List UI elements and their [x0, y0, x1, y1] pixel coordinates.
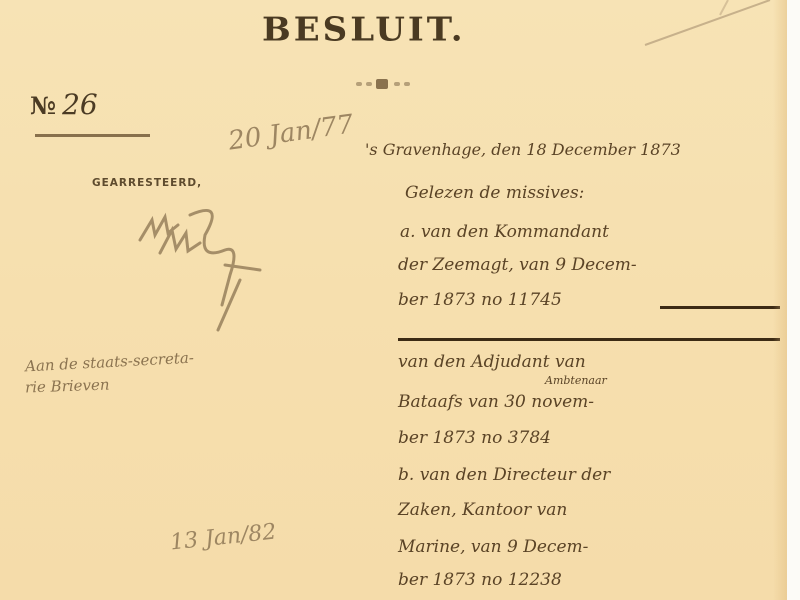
- strike-line-2: [398, 338, 780, 341]
- margin-note-line-1: Aan de staats-secreta-: [25, 349, 195, 376]
- text-line-1: Gelezen de missives:: [405, 183, 584, 203]
- text-line-10: b. van den Directeur der: [398, 465, 610, 485]
- text-line-9: ber 1873 no 3784: [398, 428, 551, 448]
- number-underline: [35, 134, 150, 137]
- scan-margin: [787, 0, 800, 600]
- title-ornament: [352, 79, 412, 89]
- text-line-11: Zaken, Kantoor van: [398, 500, 567, 520]
- signature: [130, 205, 320, 345]
- pencil-note-top: 20 Jan/77: [227, 109, 356, 156]
- document-title: BESLUIT.: [262, 11, 466, 49]
- registered-stamp: GEARRESTEERD,: [92, 177, 202, 189]
- strike-line-1: [660, 306, 780, 309]
- decree-number: №26: [30, 88, 98, 121]
- place-date-line: 's Gravenhage, den 18 December 1873: [365, 140, 681, 159]
- number-value: 26: [62, 88, 98, 121]
- pencil-stroke: [640, 0, 780, 50]
- text-line-3: der Zeemagt, van 9 Decem-: [398, 255, 637, 275]
- document-page: BESLUIT. №26 20 Jan/77 GEARRESTEERD, Aan…: [0, 0, 787, 600]
- text-line-12: Marine, van 9 Decem-: [398, 537, 588, 557]
- number-prefix: №: [30, 91, 54, 120]
- text-line-8: Bataafs van 30 novem-: [398, 392, 594, 412]
- text-line-4: ber 1873 no 11745: [398, 290, 562, 310]
- text-line-6: van den Adjudant van: [398, 352, 586, 372]
- text-line-13: ber 1873 no 12238: [398, 570, 562, 590]
- text-line-2: a. van den Kommandant: [400, 222, 609, 242]
- margin-note-line-2: rie Brieven: [25, 376, 110, 397]
- text-line-7-insert: Ambtenaar: [545, 374, 607, 387]
- pencil-note-bottom: 13 Jan/82: [169, 520, 278, 556]
